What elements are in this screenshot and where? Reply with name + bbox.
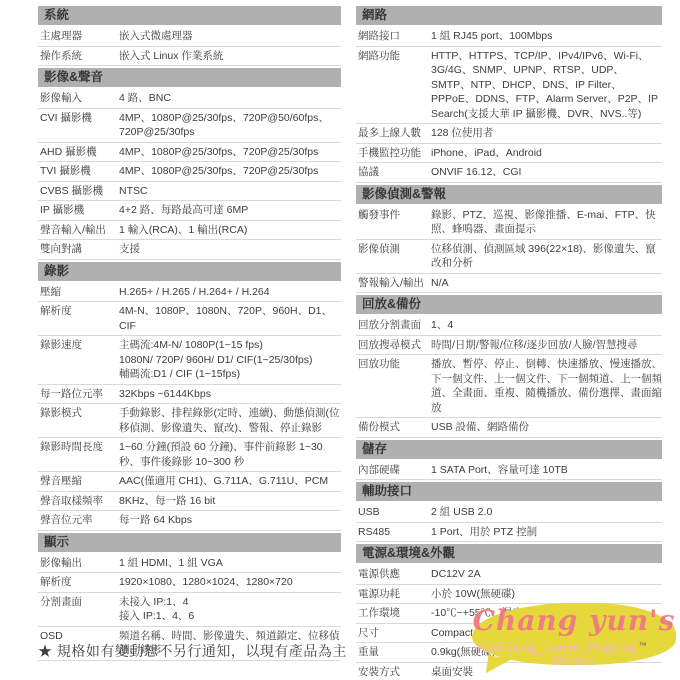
spec-value: 4MP、1080P@25/30fps、720P@50/60fps、720P@25… — [118, 110, 341, 141]
spec-row: USB2 組 USB 2.0 — [356, 503, 662, 523]
spec-row: 網路功能HTTP、HTTPS、TCP/IP、IPv4/IPv6、Wi-Fi、3G… — [356, 47, 662, 125]
spec-label: 聲音取樣頻率 — [38, 493, 118, 510]
spec-row: 最多上線人數128 位使用者 — [356, 124, 662, 144]
spec-row: 錄影模式手動錄影、排程錄影(定時、連續)、動態偵測(位移偵測、影像遺失、竄改)、… — [38, 404, 341, 438]
spec-label: 電源功耗 — [356, 586, 430, 603]
spec-value: H.265+ / H.265 / H.264+ / H.264 — [118, 284, 341, 301]
spec-row: CVI 攝影機4MP、1080P@25/30fps、720P@50/60fps、… — [38, 109, 341, 143]
spec-label: TVI 攝影機 — [38, 163, 118, 180]
spec-label: 主處理器 — [38, 28, 118, 45]
spec-label: 錄影模式 — [38, 405, 118, 436]
spec-value: 4+2 路、每路最高可達 6MP — [118, 202, 341, 219]
spec-label: 網路功能 — [356, 48, 430, 123]
spec-row: 聲音取樣頻率8KHz、每一路 16 bit — [38, 492, 341, 512]
section-header: 回放&備份 — [356, 295, 662, 314]
spec-label: 錄影時間長度 — [38, 439, 118, 470]
spec-label: 影像偵測 — [356, 241, 430, 272]
spec-column-right: 網路網路接口1 組 RJ45 port、100Mbps網路功能HTTP、HTTP… — [356, 6, 662, 680]
spec-value: 支援 — [118, 241, 341, 258]
spec-value: 4M-N、1080P、1080N、720P、960H、D1、CIF — [118, 303, 341, 334]
spec-label: 工作環境 — [356, 605, 430, 622]
spec-row: 影像輸入4 路、BNC — [38, 89, 341, 109]
spec-value: 1 輸入(RCA)、1 輸出(RCA) — [118, 222, 341, 239]
spec-row: AHD 攝影機4MP、1080P@25/30fps、720P@25/30fps — [38, 143, 341, 163]
spec-label: 安裝方式 — [356, 664, 430, 680]
section-header: 儲存 — [356, 440, 662, 459]
spec-row: 備份模式USB 設備、網路備份 — [356, 418, 662, 438]
spec-row: 聲音輸入/輸出1 輸入(RCA)、1 輸出(RCA) — [38, 221, 341, 241]
spec-label: 警報輸入/輸出 — [356, 275, 430, 292]
spec-value: 1 組 RJ45 port、100Mbps — [430, 28, 662, 45]
spec-row: 觸發事件錄影、PTZ、巡視、影像推播、E-mai、FTP、快照、蜂鳴器、畫面提示 — [356, 206, 662, 240]
spec-value: DC12V 2A — [430, 566, 662, 583]
spec-value: 播放、暫停、停止、倒轉、快速播放、慢速播放、下一個文件、上一個文件、下一個頻道、… — [430, 356, 662, 416]
spec-label: IP 攝影機 — [38, 202, 118, 219]
spec-label: 觸發事件 — [356, 207, 430, 238]
spec-label: 聲音位元率 — [38, 512, 118, 529]
spec-value: ONVIF 16.12、CGI — [430, 164, 662, 181]
spec-row: 重量0.9kg(無硬碟) — [356, 643, 662, 663]
spec-row: 工作環境-10℃~+55℃、濕度小於 90% — [356, 604, 662, 624]
spec-label: USB — [356, 504, 430, 521]
spec-row: 回放搜尋模式時間/日期/警報/位移/逐步回放/人臉/智慧搜尋 — [356, 336, 662, 356]
spec-row: 網路接口1 組 RJ45 port、100Mbps — [356, 27, 662, 47]
spec-label: 重量 — [356, 644, 430, 661]
spec-label: 手機監控功能 — [356, 145, 430, 162]
spec-value: 32Kbps ~6144Kbps — [118, 386, 341, 403]
spec-value: 每一路 64 Kbps — [118, 512, 341, 529]
spec-label: 網路接口 — [356, 28, 430, 45]
spec-row: 手機監控功能iPhone、iPad、Android — [356, 144, 662, 164]
spec-value: 1 組 HDMI、1 組 VGA — [118, 555, 341, 572]
spec-value: 錄影、PTZ、巡視、影像推播、E-mai、FTP、快照、蜂鳴器、畫面提示 — [430, 207, 662, 238]
spec-value: -10℃~+55℃、濕度小於 90% — [430, 605, 662, 622]
spec-label: 影像輸出 — [38, 555, 118, 572]
spec-value: iPhone、iPad、Android — [430, 145, 662, 162]
spec-row: 聲音壓縮AAC(僅適用 CH1)、G.711A、G.711U、PCM — [38, 472, 341, 492]
section-header: 錄影 — [38, 262, 341, 281]
spec-column-left: 系統主處理器嵌入式微處理器操作系統嵌入式 Linux 作業系統影像&聲音影像輸入… — [38, 6, 341, 661]
spec-row: 回放分割畫面1、4 — [356, 316, 662, 336]
spec-label: 影像輸入 — [38, 90, 118, 107]
spec-label: 尺寸 — [356, 625, 430, 642]
spec-value: Compact 1U、260×236×48mm — [430, 625, 662, 642]
spec-label: 協議 — [356, 164, 430, 181]
spec-label: 操作系統 — [38, 48, 118, 65]
spec-row: 尺寸Compact 1U、260×236×48mm — [356, 624, 662, 644]
spec-row: 影像偵測位移偵測、偵測區域 396(22×18)、影像遺失、竄改和分析 — [356, 240, 662, 274]
spec-row: TVI 攝影機4MP、1080P@25/30fps、720P@25/30fps — [38, 162, 341, 182]
spec-label: 分割畫面 — [38, 594, 118, 625]
spec-label: 備份模式 — [356, 419, 430, 436]
spec-label: CVI 攝影機 — [38, 110, 118, 141]
spec-row: 解析度4M-N、1080P、1080N、720P、960H、D1、CIF — [38, 302, 341, 336]
spec-label: 雙向對講 — [38, 241, 118, 258]
spec-value: 4MP、1080P@25/30fps、720P@25/30fps — [118, 144, 341, 161]
spec-label: 回放搜尋模式 — [356, 337, 430, 354]
spec-value: 2 組 USB 2.0 — [430, 504, 662, 521]
spec-row: RS4851 Port、用於 PTZ 控制 — [356, 523, 662, 543]
spec-row: 錄影速度主碼流:4M-N/ 1080P(1~15 fps) 1080N/ 720… — [38, 336, 341, 385]
spec-label: 錄影速度 — [38, 337, 118, 383]
spec-value: 主碼流:4M-N/ 1080P(1~15 fps) 1080N/ 720P/ 9… — [118, 337, 341, 383]
spec-value: 時間/日期/警報/位移/逐步回放/人臉/智慧搜尋 — [430, 337, 662, 354]
section-header: 系統 — [38, 6, 341, 25]
spec-row: 電源功耗小於 10W(無硬碟) — [356, 585, 662, 605]
spec-row: 解析度1920×1080、1280×1024、1280×720 — [38, 573, 341, 593]
spec-label: 壓縮 — [38, 284, 118, 301]
spec-label: 電源供應 — [356, 566, 430, 583]
spec-label: 回放功能 — [356, 356, 430, 416]
spec-value: 1~60 分鐘(預設 60 分鐘)、事件前錄影 1~30 秒、事件後錄影 10~… — [118, 439, 341, 470]
spec-value: N/A — [430, 275, 662, 292]
section-header: 影像偵測&警報 — [356, 185, 662, 204]
spec-row: 分割畫面未接入 IP:1、4 接入 IP:1、4、6 — [38, 593, 341, 627]
spec-row: 警報輸入/輸出N/A — [356, 274, 662, 294]
spec-label: 最多上線人數 — [356, 125, 430, 142]
spec-row: 雙向對講支援 — [38, 240, 341, 260]
spec-value: HTTP、HTTPS、TCP/IP、IPv4/IPv6、Wi-Fi、3G/4G、… — [430, 48, 662, 123]
spec-value: NTSC — [118, 183, 341, 200]
spec-row: 錄影時間長度1~60 分鐘(預設 60 分鐘)、事件前錄影 1~30 秒、事件後… — [38, 438, 341, 472]
spec-row: 操作系統嵌入式 Linux 作業系統 — [38, 47, 341, 67]
spec-value: 位移偵測、偵測區域 396(22×18)、影像遺失、竄改和分析 — [430, 241, 662, 272]
spec-label: 解析度 — [38, 303, 118, 334]
spec-value: 128 位使用者 — [430, 125, 662, 142]
spec-row: 內部硬碟1 SATA Port、容量可達 10TB — [356, 461, 662, 481]
spec-value: 4MP、1080P@25/30fps、720P@25/30fps — [118, 163, 341, 180]
spec-label: 聲音輸入/輸出 — [38, 222, 118, 239]
spec-value: 1 Port、用於 PTZ 控制 — [430, 524, 662, 541]
spec-label: 解析度 — [38, 574, 118, 591]
spec-value: USB 設備、網路備份 — [430, 419, 662, 436]
spec-value: 1920×1080、1280×1024、1280×720 — [118, 574, 341, 591]
footnote: ★ 規格如有變動恕不另行通知，以現有產品為主 — [38, 641, 347, 661]
spec-value: 0.9kg(無硬碟) — [430, 644, 662, 661]
spec-row: 協議ONVIF 16.12、CGI — [356, 163, 662, 183]
spec-value: 小於 10W(無硬碟) — [430, 586, 662, 603]
spec-value: 1、4 — [430, 317, 662, 334]
section-header: 顯示 — [38, 533, 341, 552]
spec-label: 內部硬碟 — [356, 462, 430, 479]
spec-value: 桌面安裝 — [430, 664, 662, 680]
spec-value: 1 SATA Port、容量可達 10TB — [430, 462, 662, 479]
spec-row: 主處理器嵌入式微處理器 — [38, 27, 341, 47]
spec-row: CVBS 攝影機NTSC — [38, 182, 341, 202]
spec-row: 聲音位元率每一路 64 Kbps — [38, 511, 341, 531]
spec-label: AHD 攝影機 — [38, 144, 118, 161]
spec-value: 手動錄影、排程錄影(定時、連續)、動態偵測(位移偵測、影像遺失、竄改)、警報、停… — [118, 405, 341, 436]
spec-value: 嵌入式 Linux 作業系統 — [118, 48, 341, 65]
spec-label: CVBS 攝影機 — [38, 183, 118, 200]
spec-label: RS485 — [356, 524, 430, 541]
spec-value: 4 路、BNC — [118, 90, 341, 107]
spec-value: 8KHz、每一路 16 bit — [118, 493, 341, 510]
spec-row: IP 攝影機4+2 路、每路最高可達 6MP — [38, 201, 341, 221]
spec-value: 未接入 IP:1、4 接入 IP:1、4、6 — [118, 594, 341, 625]
section-header: 輔助接口 — [356, 482, 662, 501]
spec-label: 聲音壓縮 — [38, 473, 118, 490]
spec-value: 嵌入式微處理器 — [118, 28, 341, 45]
spec-value: AAC(僅適用 CH1)、G.711A、G.711U、PCM — [118, 473, 341, 490]
section-header: 電源&環境&外觀 — [356, 544, 662, 563]
section-header: 網路 — [356, 6, 662, 25]
spec-label: 每一路位元率 — [38, 386, 118, 403]
spec-row: 影像輸出1 組 HDMI、1 組 VGA — [38, 554, 341, 574]
spec-row: 每一路位元率32Kbps ~6144Kbps — [38, 385, 341, 405]
spec-row: 安裝方式桌面安裝 — [356, 663, 662, 680]
spec-row: 壓縮H.265+ / H.265 / H.264+ / H.264 — [38, 283, 341, 303]
spec-row: 回放功能播放、暫停、停止、倒轉、快速播放、慢速播放、下一個文件、上一個文件、下一… — [356, 355, 662, 418]
spec-row: 電源供應DC12V 2A — [356, 565, 662, 585]
section-header: 影像&聲音 — [38, 68, 341, 87]
spec-label: 回放分割畫面 — [356, 317, 430, 334]
